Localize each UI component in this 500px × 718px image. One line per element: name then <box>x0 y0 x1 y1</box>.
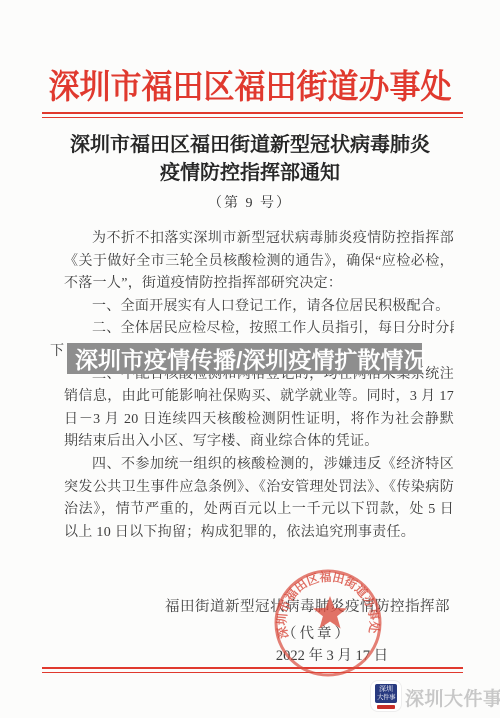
caption-overlay-text: 深圳市疫情传播/深圳疫情扩散情况 <box>75 342 426 375</box>
notice-title-line2: 疫情防控指挥部通知 <box>0 159 500 187</box>
body-item-4: 四、不参加统一组织的核酸检测的，涉嫌违反《经济特区突发公共卫生事件应急条例》、《… <box>64 454 454 544</box>
body-item-2-line1: 二、全体居民应检尽检，按照工作人员指引，每日分时分段 <box>64 318 454 341</box>
caption-overlay-bar: 深圳市疫情传播/深圳疫情扩散情况 <box>67 343 422 374</box>
logo-text-line2: 大件事 <box>375 694 397 701</box>
watermark-label: 深圳大件事 <box>405 684 500 711</box>
news-app-logo-icon: 深圳 大件事 <box>371 681 401 711</box>
body-item-3: 三、不配合核酸检测和网格登记的，均在网格采集系统注销信息，由此可能影响社保购买、… <box>64 364 454 454</box>
body-paragraph-intro: 为不折不扣落实深圳市新型冠状病毒肺炎疫情防控指挥部《关于做好全市三轮全员核酸检测… <box>64 228 454 296</box>
doc-number: （第 9 号） <box>0 192 500 212</box>
notice-title-line1: 深圳市福田区福田街道新型冠状病毒肺炎 <box>0 131 500 159</box>
logo-red-banner <box>377 705 395 709</box>
body-item-1: 一、全面开展实有人口登记工作，请各位居民积极配合。 <box>64 296 454 319</box>
red-divider-bottom <box>42 667 463 673</box>
star-icon <box>313 596 347 629</box>
notice-title: 深圳市福田区福田街道新型冠状病毒肺炎 疫情防控指挥部通知 <box>0 131 500 187</box>
official-seal: 深圳市福田区福田街道办事处 <box>272 567 384 679</box>
issuer-title: 深圳市福田区福田街道办事处 <box>0 59 500 108</box>
notice-body: 为不折不扣落实深圳市新型冠状病毒肺炎疫情防控指挥部《关于做好全市三轮全员核酸检测… <box>64 228 454 544</box>
red-divider-top <box>42 112 463 118</box>
logo-blue-tile: 深圳 大件事 <box>375 684 397 703</box>
logo-text-line1: 深圳 <box>375 686 397 694</box>
document-photo: 深圳市福田区福田街道办事处 深圳市福田区福田街道新型冠状病毒肺炎 疫情防控指挥部… <box>0 0 500 718</box>
